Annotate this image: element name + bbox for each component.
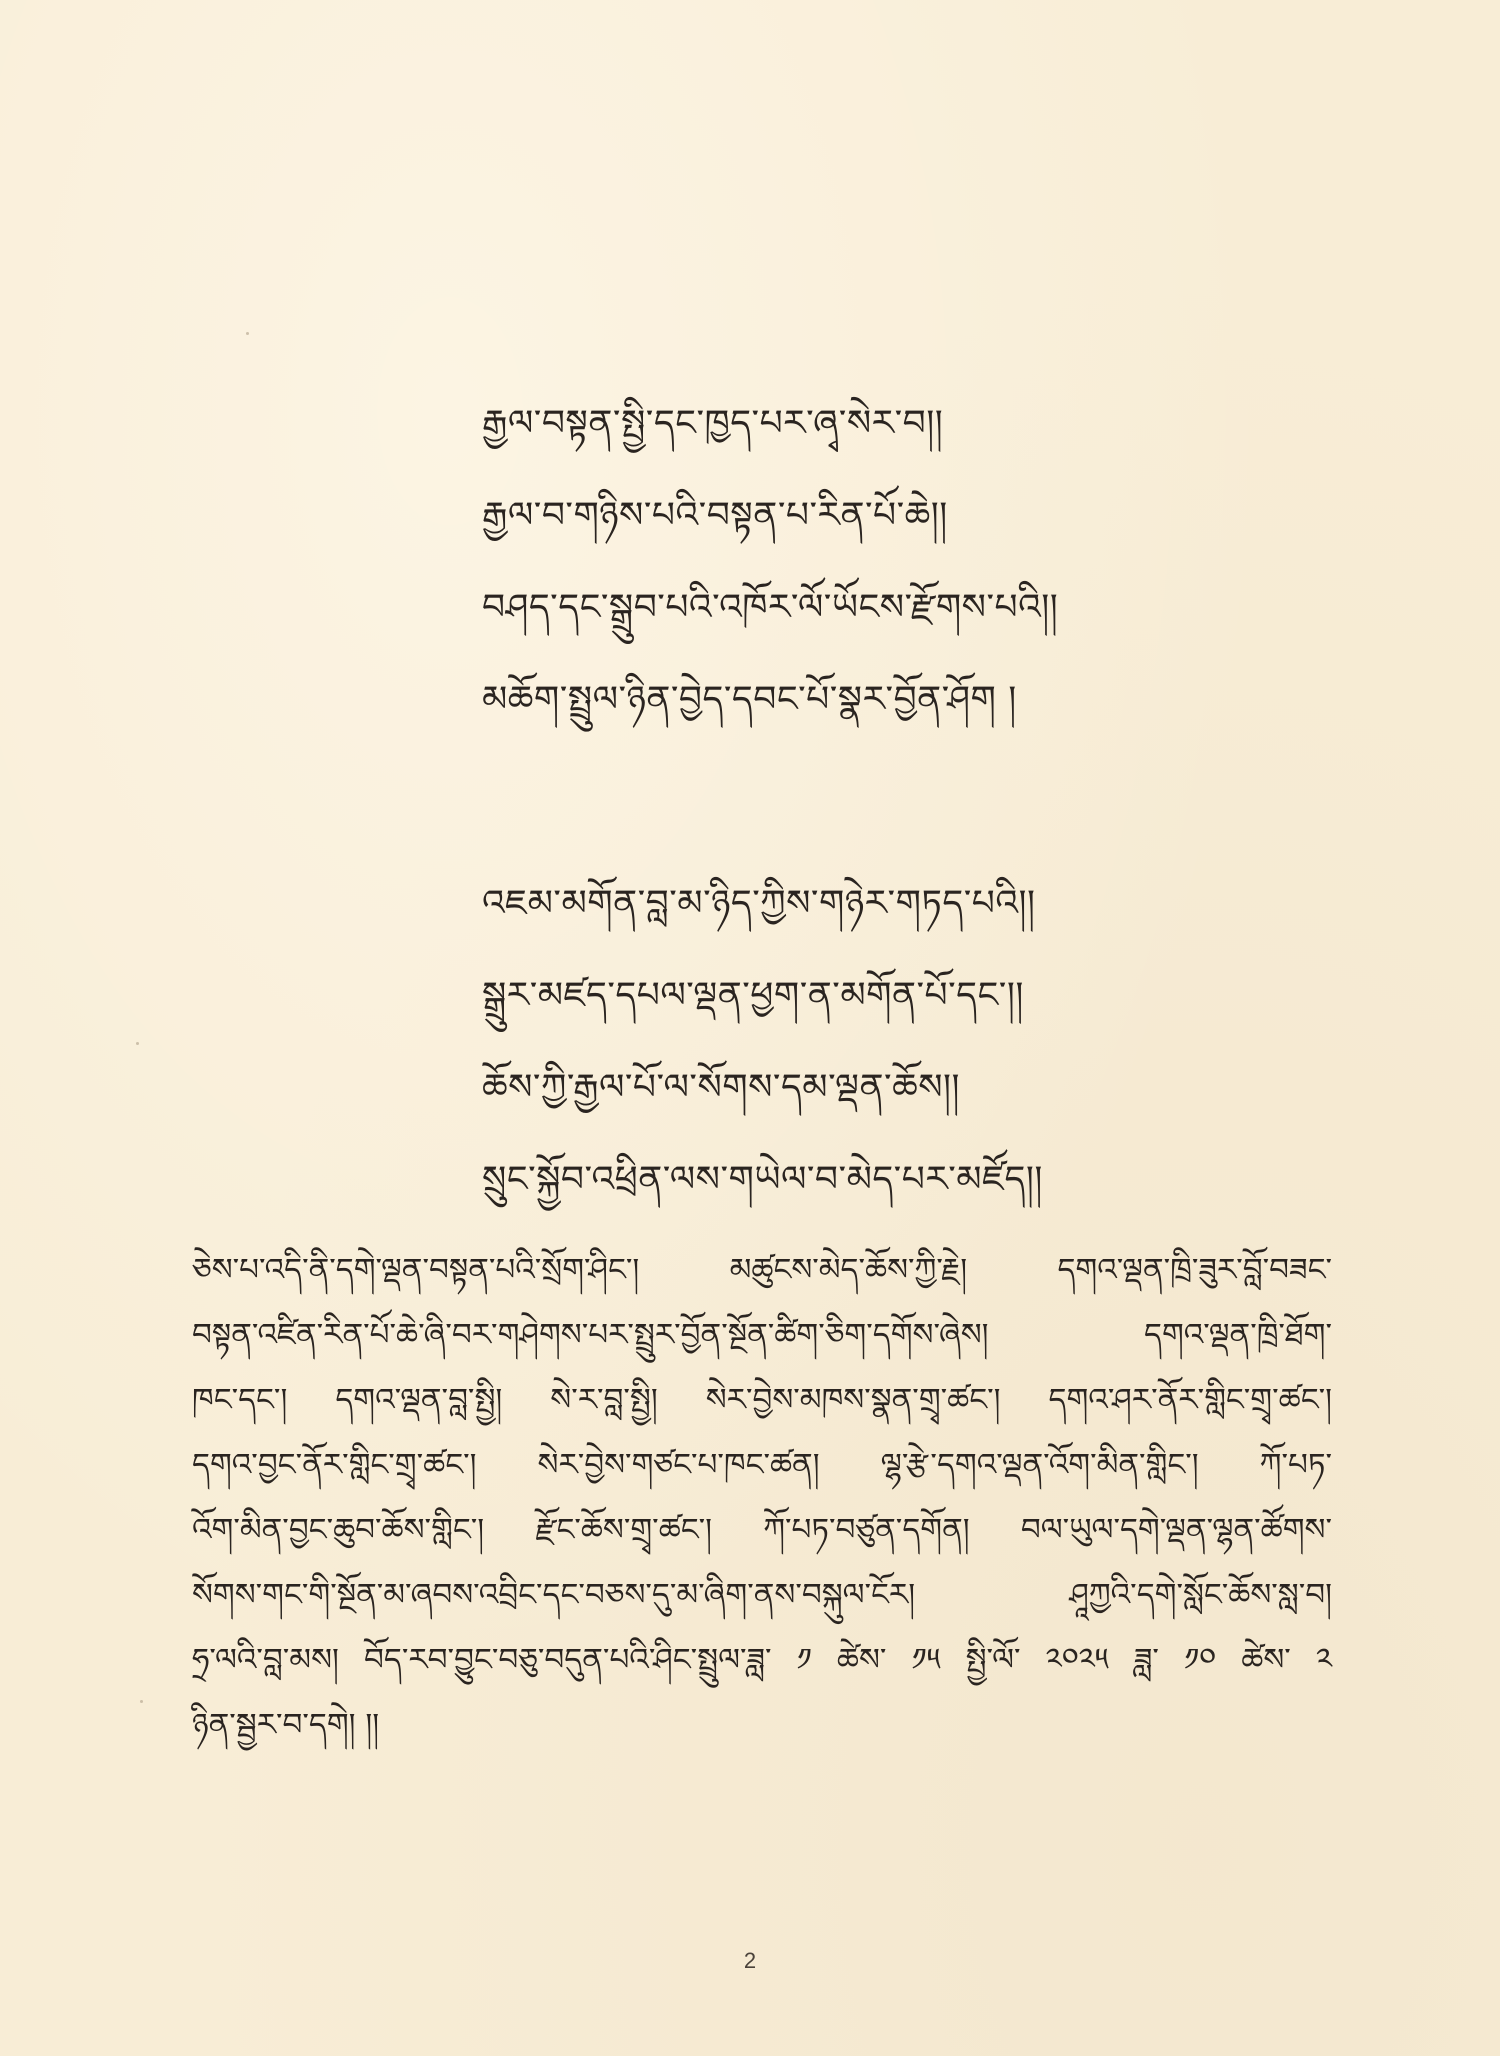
verse-line: རྒྱལ་བསྟན་སྤྱི་དང་ཁྱད་པར་ཞྭ་སེར་བ།། <box>482 378 1122 470</box>
paper-speck <box>140 1700 143 1703</box>
verse-stanza-1: རྒྱལ་བསྟན་སྤྱི་དང་ཁྱད་པར་ཞྭ་སེར་བ།། རྒྱལ… <box>482 378 1122 746</box>
colophon-line: ཉིན་སྦྱར་བ་དགེ། །། <box>192 1693 1332 1758</box>
verse-line: མཆོག་སྤྲུལ་ཉིན་བྱེད་དབང་པོ་སྣར་བྱོན་ཤོག … <box>482 654 1122 746</box>
colophon-line: སོགས་གང་གི་སྔོན་མ་ཞབས་འབྲིང་དང་བཅས་དུ་མ་… <box>192 1563 1332 1628</box>
colophon-line: ཧྲ་ལའི་བླ་མས། བོད་རབ་བྱུང་བཅུ་བདུན་པའི་ཤ… <box>192 1628 1332 1693</box>
verse-stanza-2: འཇམ་མགོན་བླ་མ་ཉིད་ཀྱིས་གཉེར་གཏད་པའི།། སྒ… <box>482 858 1122 1226</box>
page-number: 2 <box>0 1948 1500 1974</box>
verse-line: སྲུང་སྐྱོབ་འཕྲིན་ལས་གཡེལ་བ་མེད་པར་མཛོད།། <box>482 1134 1122 1226</box>
colophon-line: དགའ་བྱང་ནོར་གླིང་གྲྭ་ཚང་། སེར་བྱེས་གཙང་པ… <box>192 1433 1332 1498</box>
colophon-line: བསྟན་འཛིན་རིན་པོ་ཆེ་ཞི་བར་གཤེགས་པར་སྤྲུར… <box>192 1303 1332 1368</box>
verse-line: འཇམ་མགོན་བླ་མ་ཉིད་ཀྱིས་གཉེར་གཏད་པའི།། <box>482 858 1122 950</box>
colophon-line: འོག་མིན་བྱང་ཆུབ་ཆོས་གླིང་། རྫོང་ཆོས་གྲྭ་… <box>192 1498 1332 1563</box>
colophon-line: ཅེས་པ་འདི་ནི་དགེ་ལྡན་བསྟན་པའི་སྲོག་ཤིང་།… <box>192 1238 1332 1303</box>
colophon-line: ཁང་དང་། དགའ་ལྡན་བླ་སྤྱི། སེ་ར་བླ་སྤྱི། ས… <box>192 1368 1332 1433</box>
document-page: རྒྱལ་བསྟན་སྤྱི་དང་ཁྱད་པར་ཞྭ་སེར་བ།། རྒྱལ… <box>0 0 1500 2056</box>
paper-speck <box>136 1042 139 1045</box>
verse-line: རྒྱལ་བ་གཉིས་པའི་བསྟན་པ་རིན་པོ་ཆེ།། <box>482 470 1122 562</box>
verse-line: སྒྲུར་མཛད་དཔལ་ལྡན་ཕྱག་ན་མགོན་པོ་དང་།། <box>482 950 1122 1042</box>
verse-line: ཆོས་ཀྱི་རྒྱལ་པོ་ལ་སོགས་དམ་ལྡན་ཆོས།། <box>482 1042 1122 1134</box>
verse-line: བཤད་དང་སྒྲུབ་པའི་འཁོར་ལོ་ཡོངས་རྫོགས་པའི།… <box>482 562 1122 654</box>
colophon-paragraph: ཅེས་པ་འདི་ནི་དགེ་ལྡན་བསྟན་པའི་སྲོག་ཤིང་།… <box>192 1238 1332 1758</box>
paper-speck <box>246 332 249 335</box>
